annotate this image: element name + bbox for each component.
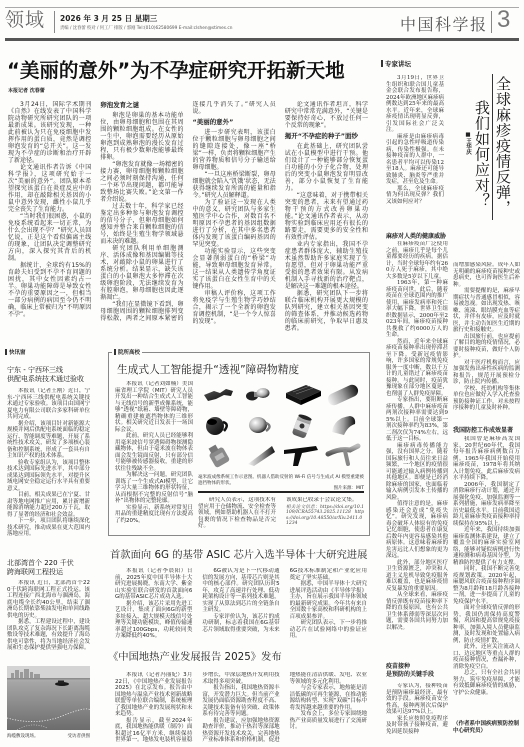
editor-credits: 责编 / 沈春蕾 校对 / 何工厂 排版 / 郭刚 Tel:(010)62580… xyxy=(60,25,233,31)
paragraph: 据悉，研究团队下一步将联合临床机构开展更大规模的队列研究，建立相关基因突变的筛查… xyxy=(285,290,368,332)
masthead-logo: 中国科学报 xyxy=(400,12,488,35)
paragraph: 那么，全球麻疹疫情为何出现反弹？我们又该如何应对？ xyxy=(386,186,444,206)
paragraph: 家长应按照免疫程序及时带孩子接种疫苗，避免因延误接种 xyxy=(386,716,448,736)
expert-intro: 3月19日，世界卫生组织和联合国儿童基金会联合发布报告称，2024年欧洲地区麻疹… xyxy=(386,75,444,228)
paragraph: 本报讯（记者冯丽妃）3月22日，《中国地热产业发展报告2025》在北京发布。报告… xyxy=(115,672,192,718)
paragraph: 进一步研究表明，该蛋白位于颗粒细胞与卵母细胞之间的缝隙连接处，像一座“桥梁”一样… xyxy=(193,129,276,171)
briefs-section-label-text: 快讯窗 xyxy=(9,350,26,356)
headline-vertical-rule xyxy=(492,74,493,220)
expert-subheading-line: 是预防的关键手段 xyxy=(386,671,434,679)
paragraph: 在麻疹疫苗广泛使用之前，麻疹几乎是每个儿童都要经历的疾病。据估计，当时全球每年约… xyxy=(386,241,448,280)
paragraph: 我国曾是麻疹高发国家。20世纪60年代，我国每年报告麻疹病例数百万例。1965年… xyxy=(453,436,520,482)
paragraph: 值得注意的是，麻疹感染还会造成“免疫失忆”。研究发现，麻疹病毒会破坏人体原有的免… xyxy=(386,501,448,560)
power-drill-image xyxy=(284,446,318,466)
paragraph: 此外，还应关注流动人口、边远地区等重点人群的疫苗接种情况，查漏补种，消除免疫空白… xyxy=(453,644,520,670)
feature-body-col3: 该成果已收录于会议论文集。相关论文信息：https://doi.org/10.1… xyxy=(286,497,364,533)
paragraph: 研究人员表示，这项技术有望应用于仓储物流、安全检查等领域，例如帮助机器人在不打开… xyxy=(198,497,276,530)
photo-caption: 海缆敷设现场。 受访者供图 xyxy=(7,733,90,739)
brief-body: 本报讯（记者王刚）近日，宁东-宁西环三线供配电系统关键技术通过专家验收。该项目由… xyxy=(7,388,90,541)
paragraph: 在此基础上，研究团队尝试在小鼠模型中进行干预。他们设计了一种能够部分恢复蛋白功能… xyxy=(285,143,368,192)
photo-caption-text: 海缆敷设现场。 xyxy=(7,733,39,739)
feature-section-label-text: 院所高校 xyxy=(118,350,140,356)
expert-body-left-2: 专家认为，接种疫苗是预防麻疹最经济、最有效的手段。麻疹疫苗安全性高，接种两剂次后… xyxy=(386,683,448,747)
dark-box-image xyxy=(286,385,321,405)
spray-bottle-image xyxy=(206,442,230,468)
reconstructed-objects-figure xyxy=(198,380,364,472)
header-divider xyxy=(491,11,492,33)
brief-headline: 北部湾首个 220 千伏 跨海联网工程投运 xyxy=(7,559,74,577)
feature-headline: 生成式人工智能提升“透视”障碍物精度 xyxy=(117,363,299,376)
wedge-image xyxy=(248,446,275,466)
lead-article-body: 3月24日，国际学术期刊《自然》在线发表了中国科学院动物研究所研究团队的一项最新… xyxy=(8,101,368,335)
paragraph: 论文通讯作者坦言，科学研究中常常充满意外，“关键是要保持好奇心，不放过任何一个反… xyxy=(285,101,368,129)
paragraph: 从全球来看，麻疹疫情反弹既有疫苗接种率下降的直接原因，也有公共卫生体系薄弱等深层… xyxy=(386,592,448,631)
header-top-rule xyxy=(5,7,519,8)
paragraph: 然而，近年来全球麻疹疫苗接种率出现停滞甚至下降。受新冠疫情影响，许多国家的常规免… xyxy=(386,339,448,398)
expert-subheading: 麻疹对人类的健康威胁 xyxy=(386,231,446,240)
subheading: “美丽的意外” xyxy=(193,118,276,127)
paragraph: 据悉，工程建设过程中，建设团队攻克了复杂海况下长距离海缆敷设等技术难题，有效提升… xyxy=(7,619,90,652)
paragraph: 目前，相关成果已在宁夏、甘肃等地电网推广应用，累计新增新能源消纳能力超过200万… xyxy=(7,492,90,518)
paragraph: 过去数十年，科学家已经鉴定出多种参与卵泡发育调控的信号分子，但卵母细胞如何感知并… xyxy=(100,203,183,245)
paragraph: 此前，研究人员已经能够利用毫米波信号穿透障碍物探测隐藏物体，但由于毫米波在物体表… xyxy=(115,433,193,472)
paragraph: “卵泡发育就像一场精密的接力赛，卵母细胞和颗粒细胞之间必须时刻保持沟通，任何一个… xyxy=(100,161,183,203)
feature-body-col1: 本报讯（记者刘如楠）美国麻省理工学院（MIT）研究人员开发出一种结合生成式人工智… xyxy=(115,381,193,531)
expert-headline-line2: 我们如何应对？ xyxy=(474,100,490,209)
paragraph: 发布会上，多位专家围绕地热产业高质量发展进行了交流研讨。 xyxy=(290,711,367,731)
expert-subheading: 疫苗接种 是预防的关键手段 xyxy=(386,663,434,679)
paragraph: 论文通讯作者告诉《中国科学报》，这项研究始于一次“美丽的意外”。团队原本希望探究… xyxy=(8,164,91,213)
paragraph: 此外，部分地区医疗卫生资源匮乏，冲突和人道主义危机导致免疫服务难以覆盖，也是麻疹… xyxy=(386,560,448,593)
paragraph: 卵泡是卵巢的基本功能单位，由卵母细胞和包围在其周围的颗粒细胞组成。在女性的一生中… xyxy=(100,112,183,161)
expert-body-right-2: 我国曾是麻疹高发国家。20世纪60年代，我国每年报告麻疹病例数百万例。1965年… xyxy=(453,436,520,720)
brief-headline-line: 宁东 - 宁西环三线 xyxy=(7,366,84,375)
paragraph: 本报讯（记者刘如楠）美国麻省理工学院（MIT）研究人员开发出一种结合生成式人工智… xyxy=(115,381,193,433)
chip-headline: 首款面向 6G 的基带 ASIC 芯片入选半导体十大研究进展 xyxy=(110,549,367,562)
geothermal-article-body: 本报讯（记者冯丽妃）3月22日，《中国地热产业发展报告2025》在北京发布。报告… xyxy=(115,672,367,747)
lead-headline: “美丽的意外”为不孕症研究开拓新天地 xyxy=(7,59,345,83)
subheading: 揭开“不孕症的种子”面纱 xyxy=(285,132,368,141)
header-divider xyxy=(54,11,55,33)
curved-handle-image xyxy=(332,416,355,435)
paragraph: 据介绍，该项目针对新能源大规模并网后供配电系统面临的稳定运行、智能调度等难题，开… xyxy=(7,421,90,460)
paragraph: 实验显示，新系统对常见日用品的重建精度比现有方法提高了约20%。 xyxy=(115,505,193,525)
section-marker-icon xyxy=(114,349,116,355)
lead-byline: 本报记者 沈春蕾 xyxy=(8,87,45,94)
expert-section-label-text: 专家讲坛 xyxy=(385,60,411,68)
paragraph: 为了验证这一发现在人类中的意义，研究团队与多家生殖医学中心合作，对数百名不明原因… xyxy=(193,199,276,248)
paragraph: 本报讯（记者王刚）近日，宁东-宁西环三线供配电系统关键技术通过专家验收。该项目由… xyxy=(7,388,90,421)
brief-headline-line: 跨海联网工程投运 xyxy=(7,568,74,577)
paragraph: 据介绍，该芯片采用先进工艺设计，集成了面向6G的新型多址接入、超大规模天线信号处… xyxy=(115,601,192,640)
reference-note: 相关论文信息：https://doi.org/10.1109/ICRA55743… xyxy=(286,505,364,527)
page-number: 3 xyxy=(497,7,510,33)
feature-body-col2: 研究人员表示，这项技术有望应用于仓储物流、安全检查等领域，例如帮助机器人在不打开… xyxy=(198,497,276,533)
section-name: 领域 xyxy=(5,9,45,31)
chip-article-body: 本报讯（记者李晨阳）日前，2025年度中国半导体十大研究进展揭晓，东南大学、紫金… xyxy=(115,568,367,640)
paragraph: 总之，只有全社会共同努力，筑牢免疫屏障，才能有效抵御麻疹疫情的威胁，守护公众健康… xyxy=(453,670,520,696)
figure-caption: 毫米波成像系统工作示意图。机器人借助反射的 Wi-Fi 信号与生成式 AI 模型… xyxy=(198,475,364,492)
paragraph: 为解决这一问题，研究团队训练了一个生成式AI模型，让它学习大量三维物体的形状特征… xyxy=(115,472,193,505)
tube-image xyxy=(326,383,360,407)
author-note: （作者系中国疾病预防控制中心研究员） xyxy=(453,721,520,735)
paragraph: 验收专家组认为，该项目整体技术达到国际先进水平，其中部分成果达到国际领先水平，对… xyxy=(7,460,90,493)
paragraph: 审稿人评价称，这项工作将免疫学与生殖生物学巧妙结合，揭示了一个全新的卵泡发育调控… xyxy=(193,290,276,325)
paragraph: “当时我们很困惑，小鼠的免疫系统看起来一切正常，为什么会出现不孕？”研究人员回忆… xyxy=(8,213,91,262)
paragraph: 本报讯 近日，北部湾首个220千伏跨海联网工程正式投运。该工程连接广西北海市与涠… xyxy=(7,580,90,619)
paragraph: 专家认为，接种疫苗是预防麻疹最经济、最有效的手段。麻疹疫苗安全性高，接种两剂次后… xyxy=(386,683,448,716)
black-mug-image xyxy=(206,417,227,435)
figure-bottom-rule xyxy=(198,491,364,493)
paragraph: “一旦这座桥梁断裂，卵母细胞就会陷入‘饥饿’状态，无法获得继续发育所需的能量和指… xyxy=(193,171,276,199)
paragraph: 下一步，项目团队将继续深化技术研究，推动成果在更大范围内落地应用。 xyxy=(7,518,90,538)
paragraph: 专家指出，要阻断麻疹传播，人群中麻疹疫苗两剂次接种率需要达到95%以上。目前全球… xyxy=(386,397,448,443)
header-bottom-rule xyxy=(5,38,519,41)
paragraph: 面对全球疫情反弹的形势，我国仍需保持高度警惕，巩固和提高常规免疫接种率，加强入境… xyxy=(453,605,520,644)
can-image xyxy=(292,413,313,438)
brief-headline-line: 北部湾首个 220 千伏 xyxy=(7,559,74,568)
pipe-elbow-image xyxy=(328,446,358,464)
paragraph: 业内专家指出，我国不孕症患者群体庞大，辅助生殖技术虽然帮助许多家庭实现了生育愿望… xyxy=(285,241,368,290)
paragraph: 麻疹是由麻疹病毒引起的急性呼吸道传染病，传染性极强。在未接种疫苗的人群中，一名患… xyxy=(386,134,444,186)
paragraph: 报告指出，我国地热资源丰富，开发潜力巨大。但当前产业发展仍面临资源勘查程度不高、… xyxy=(202,685,279,718)
section-marker-icon xyxy=(381,60,383,67)
paragraph: 同时，我国不断完善免疫规划政策。2020年起，麻腮风联合疫苗接种程序调整为8月龄… xyxy=(453,566,520,605)
paragraph: 据统计，全球约有15%的育龄夫妇受到不孕不育问题的困扰，其中女性因素约占一半。卵… xyxy=(8,262,91,318)
subheading: 卵泡发育之谜 xyxy=(100,101,183,110)
paragraph-continued: 该成果已收录于会议论文集。 xyxy=(286,497,364,504)
paragraph: 出国旅行前，也应提前了解目的地的疫情情况，必要时接种疫苗，做好个人防护。 xyxy=(453,334,520,360)
expert-body-left-1: 在麻疹疫苗广泛使用之前，麻疹几乎是每个儿童都要经历的疾病。据估计，当时全球每年约… xyxy=(386,241,448,660)
expert-byline: ■王华庆 xyxy=(464,132,472,155)
paragraph: 学校、托幼机构等集体单位也应做好入学入托查验预防接种证工作，对未按程序接种的儿童… xyxy=(453,386,520,412)
feature-section-label: 院所高校 xyxy=(112,348,142,356)
photo-credit: 受访者供图 xyxy=(68,733,91,739)
expert-subheading-line: 疫苗接种 xyxy=(386,663,434,671)
paragraph: 据悉，中国半导体十大研究进展评选活动由《半导体学报》主办，旨在展示我国半导体领域… xyxy=(290,581,367,620)
paragraph: 研究团队利用单细胞测序、活体成像和基因编辑等技术，对敲除小鼠的卵巢进行了系统分析… xyxy=(100,245,183,301)
white-mug-image xyxy=(249,417,270,433)
paragraph: 1963年，第一种麻疹疫苗问世。此后，随着疫苗在全球范围内的推广使用，麻疹发病率… xyxy=(386,280,448,339)
paragraph: 需要提醒的是，麻疹早期症状与普通感冒相似，容易被忽视。如出现发热、咳嗽、流涕、眼… xyxy=(453,288,520,334)
paragraph: 3月24日，国际学术期刊《自然》在线发表了中国科学院动物研究所研究团队的一项最新… xyxy=(8,101,91,164)
paragraph: 对于医疗机构而言，应加强发热出疹性疾病的监测和报告，规范开展预检分诊，防止院内传… xyxy=(453,360,520,386)
clamp-image xyxy=(204,389,233,401)
paragraph: 近年来，我国持续加强麻疹监测体系建设，建立了覆盖全国的麻疹实验室网络，能够对疑似… xyxy=(453,527,520,566)
expert-headline-line1: 全球麻疹疫情反弹， xyxy=(495,76,511,216)
paragraph: 与会专家表示，地热能是清洁低碳的可再生能源，在推动能源结构转型、实现“双碳”目标… xyxy=(290,685,367,711)
paragraph: 研究团队表示，下一步将推动芯片在试验网络中的验证应用。 xyxy=(290,620,367,640)
section-marker-icon xyxy=(5,349,7,355)
paragraph: 6G被认为是下一代移动通信的发展方向，基带芯片则是其中的核心部件。研究团队历时5… xyxy=(202,568,279,614)
brief-headline-line: 供配电系统技术通过验收 xyxy=(7,375,84,384)
peanut-shaped-object-image xyxy=(246,388,270,401)
geothermal-headline: 《中国地热产业发展报告 2025》发布 xyxy=(108,651,282,664)
paragraph-continued: 而增加感染风险。成年人如无明确的麻疹疫苗接种史或患病史，也可咨询医生后补种。 xyxy=(453,262,520,288)
paragraph: “这意味着，对于携带相关突变的患者，未来有望通过药物干预的方式改善卵巢功能。”论… xyxy=(285,192,368,241)
expert-body-right-1: 而增加感染风险。成年人如无明确的麻疹疫苗接种史或患病史，也可咨询医生后补种。需要… xyxy=(453,262,520,422)
expert-section-label: 专家讲坛 xyxy=(381,59,411,68)
sea-cable-photo xyxy=(7,666,90,730)
figure-caption-text: 毫米波成像系统工作示意图。机器人借助反射的 Wi-Fi 信号与生成式 AI 模型… xyxy=(198,475,364,486)
paragraph: 本报讯（记者李晨阳）日前，2025年度中国半导体十大研究进展揭晓，东南大学、紫金… xyxy=(115,568,192,601)
brief-body: 本报讯 近日，北部湾首个220千伏跨海联网工程正式投运。该工程连接广西北海市与涠… xyxy=(7,580,90,658)
paragraph: 麻疹病毒传播能力强，没有国界之分。随着国际旅行和人员往来日益频繁，一个地区的疫情… xyxy=(386,443,448,502)
brief-headline: 宁东 - 宁西环三线 供配电系统技术通过验收 xyxy=(7,366,84,384)
expert-subheading: 我国防控工作成效显著 xyxy=(453,425,513,434)
issue-date: 2026 年 3 月 25 日 星期三 xyxy=(60,13,157,24)
paragraph: 功能实验显示，这些突变会显著削弱蛋白的“桥梁”功能，导致卵母细胞发育异常。这一结… xyxy=(193,248,276,290)
briefs-section-label: 快讯窗 xyxy=(5,348,26,356)
paragraph: 3月19日，世界卫生组织和联合国儿童基金会联合发布报告称，2024年欧洲地区麻疹… xyxy=(386,75,444,134)
paragraph: 2006年，我国制定了消除麻疹行动计划，通过开展强化免疫、加强监测等一系列措施，… xyxy=(453,482,520,528)
